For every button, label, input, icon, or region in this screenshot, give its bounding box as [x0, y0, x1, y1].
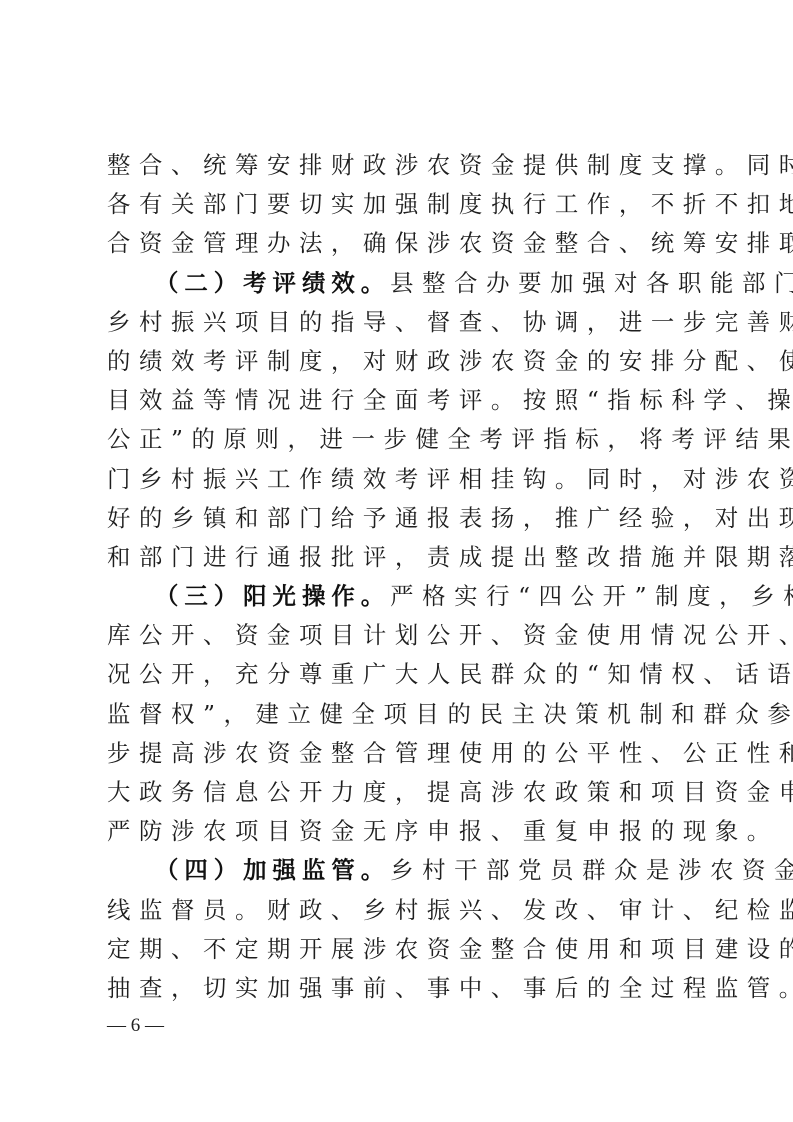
line-text: 步提高涉农资金整合管理使用的公平性、公正性和透明度。加 [107, 739, 793, 767]
line-text: 线监督员。财政、乡村振兴、发改、审计、纪检监察等部门要 [107, 896, 793, 924]
body-line: 大政务信息公开力度，提高涉农政策和项目资金申请的透明度， [107, 773, 689, 812]
line-text: 和部门进行通报批评，责成提出整改措施并限期落实。 [107, 543, 793, 571]
body-line: 库公开、资金项目计划公开、资金使用情况公开、项目实施情 [107, 616, 689, 655]
body-line: 整合、统筹安排财政涉农资金提供制度支撑。同时，各乡镇、 [107, 146, 689, 185]
body-line: 门乡村振兴工作绩效考评相挂钩。同时，对涉农资金使用管理 [107, 460, 689, 499]
body-line: 公正”的原则，进一步健全考评指标，将考评结果与乡镇、本部 [107, 420, 689, 459]
line-text: 抽查，切实加强事前、事中、事后的全过程监管。要建立多层 [107, 974, 793, 1002]
body-line: 目效益等情况进行全面考评。按照“指标科学、操作简便、结果 [107, 381, 689, 420]
line-text: 乡村振兴项目的指导、督查、协调，进一步完善财政涉农资金 [107, 308, 793, 336]
body-line: 和部门进行通报批评，责成提出整改措施并限期落实。 [107, 538, 689, 577]
line-text: 整合、统筹安排财政涉农资金提供制度支撑。同时，各乡镇、 [107, 151, 793, 179]
line-text: 乡村干部党员群众是涉农资金使用的一 [390, 856, 793, 884]
body-line: 合资金管理办法，确保涉农资金整合、统筹安排取得实效。 [107, 224, 689, 263]
body-line: 好的乡镇和部门给予通报表扬，推广经验，对出现问题的乡镇 [107, 499, 689, 538]
body-line: 况公开，充分尊重广大人民群众的“知情权、话语权、参与权、 [107, 655, 689, 694]
line-text: 的绩效考评制度，对财政涉农资金的安排分配、使用管理、项 [107, 347, 793, 375]
body-line: 监督权”，建立健全项目的民主决策机制和群众参与机制，进一 [107, 695, 689, 734]
section-heading-line: （四）加强监管。乡村干部党员群众是涉农资金使用的一 [107, 851, 689, 890]
line-text: 各有关部门要切实加强制度执行工作，不折不扣地执行涉农整 [107, 190, 793, 218]
line-text: 况公开，充分尊重广大人民群众的“知情权、话语权、参与权、 [107, 660, 793, 688]
body-line: 乡村振兴项目的指导、督查、协调，进一步完善财政涉农资金 [107, 303, 689, 342]
section-heading-line: （三）阳光操作。严格实行“四公开”制度，乡村振兴项目 [107, 577, 689, 616]
section-heading: （三）阳光操作。 [155, 582, 390, 610]
document-body: 整合、统筹安排财政涉农资金提供制度支撑。同时，各乡镇、 各有关部门要切实加强制度… [107, 146, 689, 1008]
line-text: 定期、不定期开展涉农资金整合使用和项目建设的专项检查和 [107, 935, 793, 963]
body-line: 各有关部门要切实加强制度执行工作，不折不扣地执行涉农整 [107, 185, 689, 224]
line-text: 目效益等情况进行全面考评。按照“指标科学、操作简便、结果 [107, 386, 793, 414]
body-line: 线监督员。财政、乡村振兴、发改、审计、纪检监察等部门要 [107, 891, 689, 930]
body-line: 步提高涉农资金整合管理使用的公平性、公正性和透明度。加 [107, 734, 689, 773]
line-text: 门乡村振兴工作绩效考评相挂钩。同时，对涉农资金使用管理 [107, 465, 793, 493]
line-text: 严格实行“四公开”制度，乡村振兴项目 [390, 582, 793, 610]
line-text: 县整合办要加强对各职能部门规划实施 [390, 269, 793, 297]
line-text: 公正”的原则，进一步健全考评指标，将考评结果与乡镇、本部 [107, 425, 793, 453]
line-text: 合资金管理办法，确保涉农资金整合、统筹安排取得实效。 [107, 229, 793, 257]
line-text: 库公开、资金项目计划公开、资金使用情况公开、项目实施情 [107, 621, 793, 649]
body-line: 定期、不定期开展涉农资金整合使用和项目建设的专项检查和 [107, 930, 689, 969]
body-line: 的绩效考评制度，对财政涉农资金的安排分配、使用管理、项 [107, 342, 689, 381]
line-text: 监督权”，建立健全项目的民主决策机制和群众参与机制，进一 [107, 700, 793, 728]
body-line: 严防涉农项目资金无序申报、重复申报的现象。 [107, 812, 689, 851]
line-text: 严防涉农项目资金无序申报、重复申报的现象。 [107, 817, 779, 845]
line-text: 大政务信息公开力度，提高涉农政策和项目资金申请的透明度， [107, 778, 793, 806]
line-text: 好的乡镇和部门给予通报表扬，推广经验，对出现问题的乡镇 [107, 504, 793, 532]
document-page: 整合、统筹安排财政涉农资金提供制度支撑。同时，各乡镇、 各有关部门要切实加强制度… [0, 0, 793, 1122]
section-heading-line: （二）考评绩效。县整合办要加强对各职能部门规划实施 [107, 264, 689, 303]
body-line: 抽查，切实加强事前、事中、事后的全过程监管。要建立多层 [107, 969, 689, 1008]
section-heading: （四）加强监管。 [155, 856, 390, 884]
page-number: — 6 — [107, 1015, 164, 1037]
section-heading: （二）考评绩效。 [155, 269, 390, 297]
